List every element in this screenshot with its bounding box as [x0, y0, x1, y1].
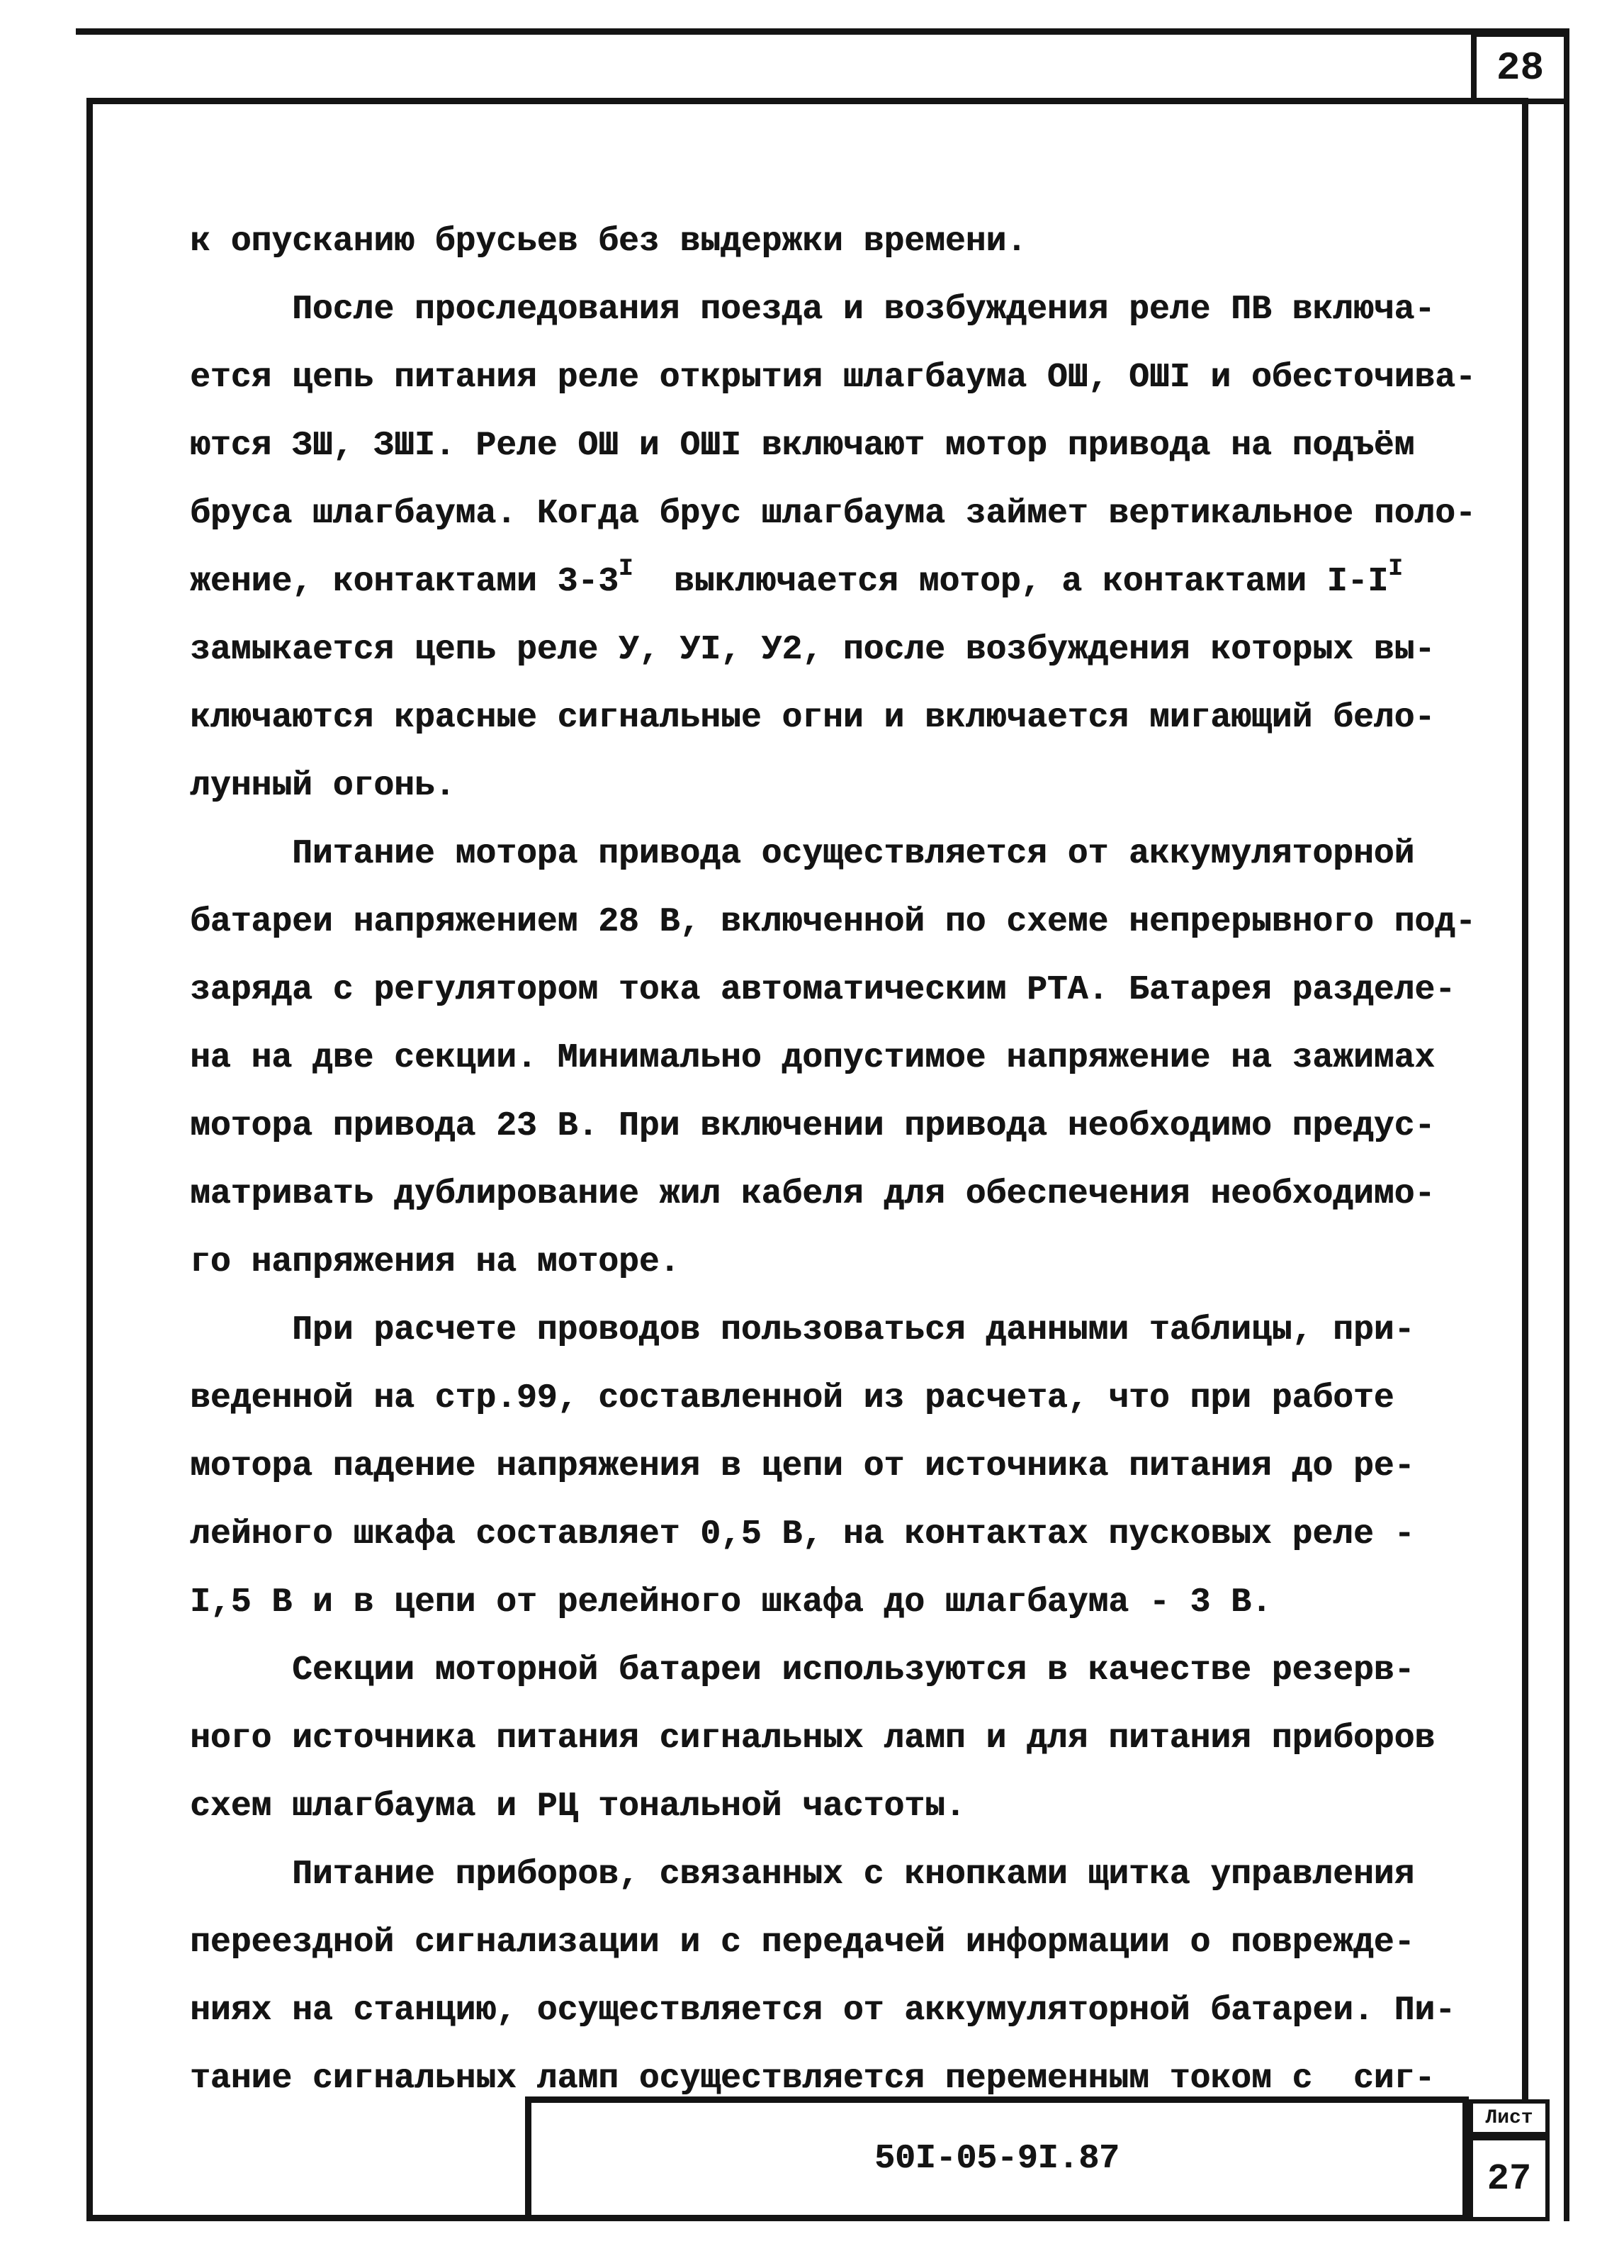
text-line: заряда с регулятором тока автоматическим… — [190, 956, 1476, 1024]
text-line: ниях на станцию, осуществляется от аккум… — [190, 1977, 1476, 2045]
text-line: ного источника питания сигнальных ламп и… — [190, 1705, 1476, 1773]
text-line: на на две секции. Минимально допустимое … — [190, 1024, 1476, 1092]
text-line: Питание приборов, связанных с кнопками щ… — [190, 1841, 1476, 1909]
text-line: Секции моторной батареи используются в к… — [190, 1637, 1476, 1705]
text-line: батареи напряжением 28 В, включенной по … — [190, 888, 1476, 956]
sheet-number: 27 — [1487, 2158, 1531, 2200]
text-line: бруса шлагбаума. Когда брус шлагбаума за… — [190, 480, 1476, 548]
text-line: ется цепь питания реле открытия шлагбаум… — [190, 344, 1476, 412]
top-border-line — [76, 28, 1569, 35]
text-line: веденной на стр.99, составленной из расч… — [190, 1364, 1476, 1432]
text-line: лейного шкафа составляет 0,5 В, на конта… — [190, 1500, 1476, 1568]
text-line: матривать дублирование жил кабеля для об… — [190, 1160, 1476, 1228]
text-line: переездной сигнализации и с передачей ин… — [190, 1909, 1476, 1977]
text-line: ключаются красные сигнальные огни и вклю… — [190, 684, 1476, 752]
text-line: го напряжения на моторе. — [190, 1228, 1476, 1296]
text-line: лунный огонь. — [190, 752, 1476, 820]
superscript-mark: I — [619, 535, 633, 603]
document-page: 28 к опусканию брусьев без выдержки врем… — [0, 0, 1624, 2268]
sheet-number-box: 27 — [1469, 2136, 1550, 2221]
right-border-line — [1564, 31, 1569, 2221]
text-line: к опусканию брусьев без выдержки времени… — [190, 208, 1476, 276]
superscript-mark: I — [1388, 535, 1402, 603]
text-line: жение, контактами 3-3I выключается мотор… — [190, 548, 1476, 616]
text-line: I,5 В и в цепи от релейного шкафа до шла… — [190, 1568, 1476, 1637]
text-line: Питание мотора привода осуществляется от… — [190, 820, 1476, 888]
text-line: замыкается цепь реле У, УI, У2, после во… — [190, 616, 1476, 684]
page-number: 28 — [1496, 45, 1544, 91]
footer-stamp-box: 50I-05-9I.87 — [525, 2096, 1469, 2221]
sheet-label-box: Лист — [1469, 2099, 1550, 2136]
text-line: схем шлагбаума и РЦ тональной частоты. — [190, 1773, 1476, 1841]
document-code: 50I-05-9I.87 — [874, 2140, 1120, 2178]
page-number-box: 28 — [1471, 31, 1569, 104]
text-line: мотора привода 23 В. При включении приво… — [190, 1092, 1476, 1160]
text-line: При расчете проводов пользоваться данным… — [190, 1296, 1476, 1364]
sheet-label: Лист — [1485, 2107, 1533, 2129]
text-line: После проследования поезда и возбуждения… — [190, 276, 1476, 344]
text-line: мотора падение напряжения в цепи от исто… — [190, 1432, 1476, 1500]
text-line: ются ЗШ, ЗШI. Реле ОШ и ОШI включают мот… — [190, 412, 1476, 480]
body-text: к опусканию брусьев без выдержки времени… — [190, 208, 1476, 2113]
